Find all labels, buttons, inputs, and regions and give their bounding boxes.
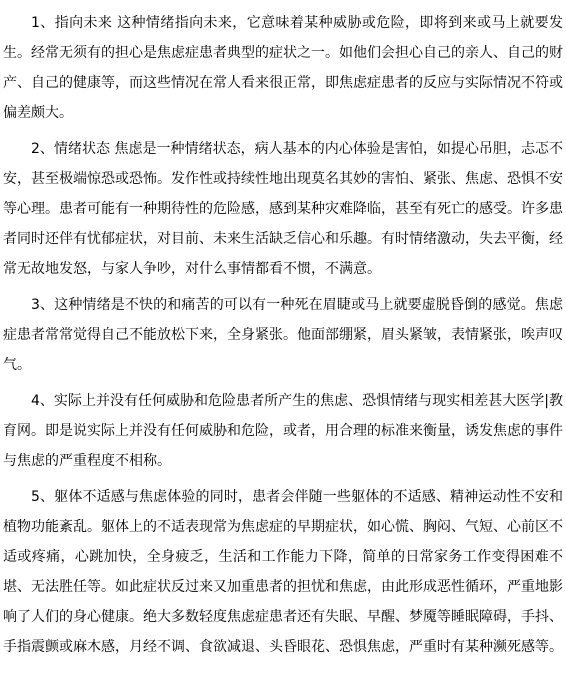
- document-body: 1、指向未来 这种情绪指向未来，它意味着某种威胁或危险，即将到来或马上就要发生。…: [0, 0, 566, 674]
- paragraph-4-no-actual-threat: 4、实际上并没有任何威胁和危险患者所产生的焦虑、恐惧情绪与现实相差甚大医学|教育…: [3, 386, 563, 476]
- paragraph-3-unpleasant-painful-emotion: 3、这种情绪是不快的和痛苦的可以有一种死在眉睫或马上就要虚脱昏倒的感觉。焦虑症患…: [3, 290, 563, 380]
- paragraph-5-physical-discomfort: 5、躯体不适感与焦虑体验的同时，患者会伴随一些躯体的不适感、精神运动性不安和植物…: [3, 482, 563, 662]
- paragraph-1-pointing-to-future: 1、指向未来 这种情绪指向未来，它意味着某种威胁或危险，即将到来或马上就要发生。…: [3, 8, 563, 128]
- paragraph-2-emotional-state: 2、情绪状态 焦虑是一种情绪状态，病人基本的内心体验是害怕，如提心吊胆，忐忑不安…: [3, 134, 563, 284]
